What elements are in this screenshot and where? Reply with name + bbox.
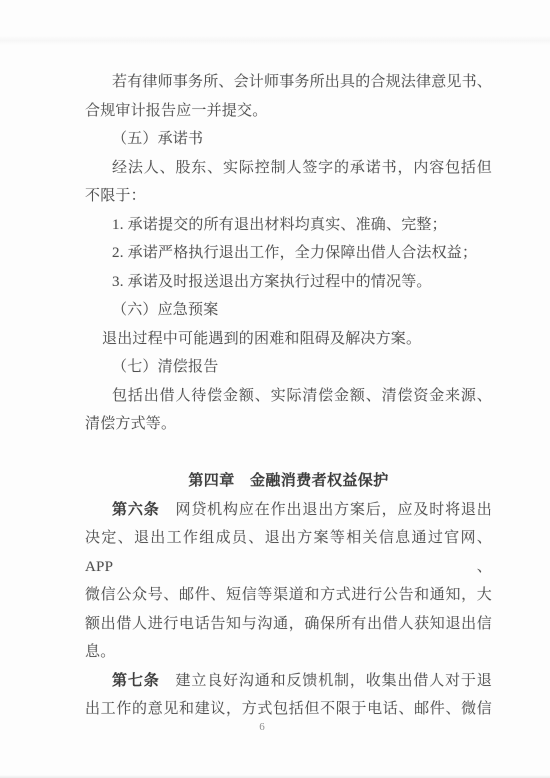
text-line: 息。 xyxy=(85,638,492,667)
text-line: 退出过程中可能遇到的困难和阻碍及解决方案。 xyxy=(85,325,492,354)
text-line: 3. 承诺及时报送退出方案执行过程中的情况等。 xyxy=(85,268,492,297)
line-text: 网贷机构应在作出退出方案后，应及时将退出 xyxy=(175,502,492,518)
text-line: 第六条 网贷机构应在作出退出方案后，应及时将退出 xyxy=(85,496,492,525)
line-text: 建立良好沟通和反馈机制，收集出借人对于退 xyxy=(175,673,492,689)
text-line: 清偿方式等。 xyxy=(85,410,492,439)
chapter-heading: 第四章 金融消费者权益保护 xyxy=(85,467,492,496)
text-line: （五）承诺书 xyxy=(85,125,492,154)
text-line: 第七条 建立良好沟通和反馈机制，收集出借人对于退 xyxy=(85,667,492,696)
text-line: 额出借人进行电话告知与沟通，确保所有出借人获知退出信 xyxy=(85,610,492,639)
document-page: 若有律师事务所、会计师事务所出具的合规法律意见书、合规审计报告应一并提交。（五）… xyxy=(0,0,550,778)
text-line: 若有律师事务所、会计师事务所出具的合规法律意见书、 xyxy=(85,68,492,97)
blank-line xyxy=(85,439,492,468)
text-line: 合规审计报告应一并提交。 xyxy=(85,97,492,126)
text-line: 包括出借人待偿金额、实际清偿金额、清偿资金来源、 xyxy=(85,382,492,411)
text-line: 2. 承诺严格执行退出工作，全力保障出借人合法权益； xyxy=(85,239,492,268)
text-line: （六）应急预案 xyxy=(85,296,492,325)
article-number: 第七条 xyxy=(112,673,175,689)
text-line: 经法人、股东、实际控制人签字的承诺书，内容包括但 xyxy=(85,154,492,183)
text-line: 1. 承诺提交的所有退出材料均真实、准确、完整； xyxy=(85,211,492,240)
text-line: 不限于： xyxy=(85,182,492,211)
scan-artifact-band xyxy=(0,36,550,45)
text-line: （七）清偿报告 xyxy=(85,353,492,382)
page-footer: 6 xyxy=(0,718,537,736)
text-line: 决定、退出工作组成员、退出方案等相关信息通过官网、APP、 xyxy=(85,524,492,581)
page-number: 6 xyxy=(259,721,265,733)
text-line: 微信公众号、邮件、短信等渠道和方式进行公告和通知，大 xyxy=(85,581,492,610)
article-number: 第六条 xyxy=(112,502,175,518)
document-content: 若有律师事务所、会计师事务所出具的合规法律意见书、合规审计报告应一并提交。（五）… xyxy=(85,68,492,724)
